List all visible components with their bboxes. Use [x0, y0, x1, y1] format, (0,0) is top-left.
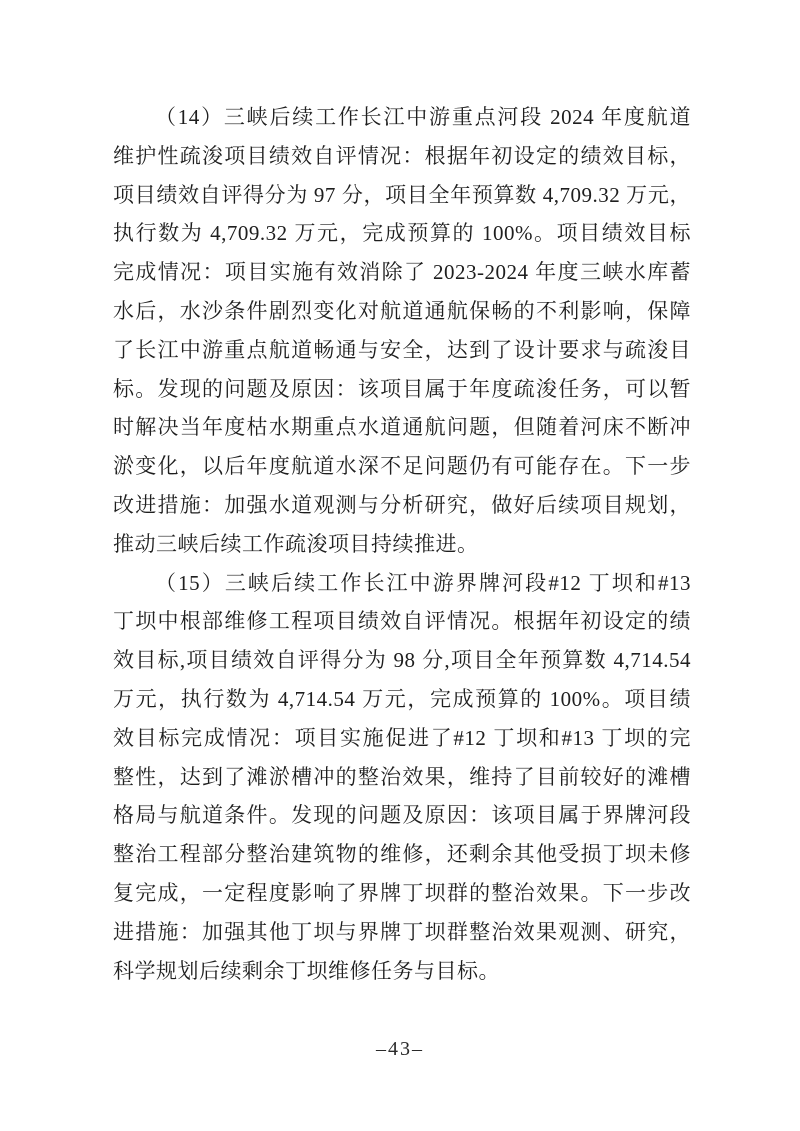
text-line: 科学规划后续剩余丁坝维修任务与目标。 [113, 952, 691, 991]
text-line: 项目绩效自评得分为 97 分，项目全年预算数 4,709.32 万元， [113, 176, 691, 215]
text-line: （14）三峡后续工作长江中游重点河段 2024 年度航道 [113, 98, 691, 137]
text-line: 完成情况：项目实施有效消除了 2023-2024 年度三峡水库蓄 [113, 253, 691, 292]
text-line: 格局与航道条件。发现的问题及原因：该项目属于界牌河段 [113, 796, 691, 835]
text-line: 效目标完成情况：项目实施促进了#12 丁坝和#13 丁坝的完 [113, 719, 691, 758]
text-line: 整治工程部分整治建筑物的维修，还剩余其他受损丁坝未修 [113, 835, 691, 874]
text-line: 复完成，一定程度影响了界牌丁坝群的整治效果。下一步改 [113, 874, 691, 913]
text-line: 标。发现的问题及原因：该项目属于年度疏浚任务，可以暂 [113, 370, 691, 409]
document-page: （14）三峡后续工作长江中游重点河段 2024 年度航道 维护性疏浚项目绩效自评… [0, 0, 800, 1131]
text-line: 执行数为 4,709.32 万元，完成预算的 100%。项目绩效目标 [113, 214, 691, 253]
text-line: 进措施：加强其他丁坝与界牌丁坝群整治效果观测、研究， [113, 913, 691, 952]
text-block: （14）三峡后续工作长江中游重点河段 2024 年度航道 维护性疏浚项目绩效自评… [113, 98, 691, 990]
text-line: 推动三峡后续工作疏浚项目持续推进。 [113, 525, 691, 564]
text-line: 水后，水沙条件剧烈变化对航道通航保畅的不利影响，保障 [113, 292, 691, 331]
text-line: 整性，达到了滩淤槽冲的整治效果，维持了目前较好的滩槽 [113, 758, 691, 797]
page-number: –43– [0, 1038, 800, 1061]
text-line: 时解决当年度枯水期重点水道通航问题，但随着河床不断冲 [113, 408, 691, 447]
text-line: 效目标,项目绩效自评得分为 98 分,项目全年预算数 4,714.54 [113, 641, 691, 680]
text-line: （15）三峡后续工作长江中游界牌河段#12 丁坝和#13 [113, 564, 691, 603]
text-line: 改进措施：加强水道观测与分析研究，做好后续项目规划， [113, 486, 691, 525]
text-line: 丁坝中根部维修工程项目绩效自评情况。根据年初设定的绩 [113, 602, 691, 641]
text-line: 了长江中游重点航道畅通与安全，达到了设计要求与疏浚目 [113, 331, 691, 370]
paragraph-15: （15）三峡后续工作长江中游界牌河段#12 丁坝和#13 丁坝中根部维修工程项目… [113, 564, 691, 991]
text-line: 维护性疏浚项目绩效自评情况：根据年初设定的绩效目标， [113, 137, 691, 176]
paragraph-14: （14）三峡后续工作长江中游重点河段 2024 年度航道 维护性疏浚项目绩效自评… [113, 98, 691, 564]
text-line: 万元，执行数为 4,714.54 万元，完成预算的 100%。项目绩 [113, 680, 691, 719]
text-line: 淤变化，以后年度航道水深不足问题仍有可能存在。下一步 [113, 447, 691, 486]
